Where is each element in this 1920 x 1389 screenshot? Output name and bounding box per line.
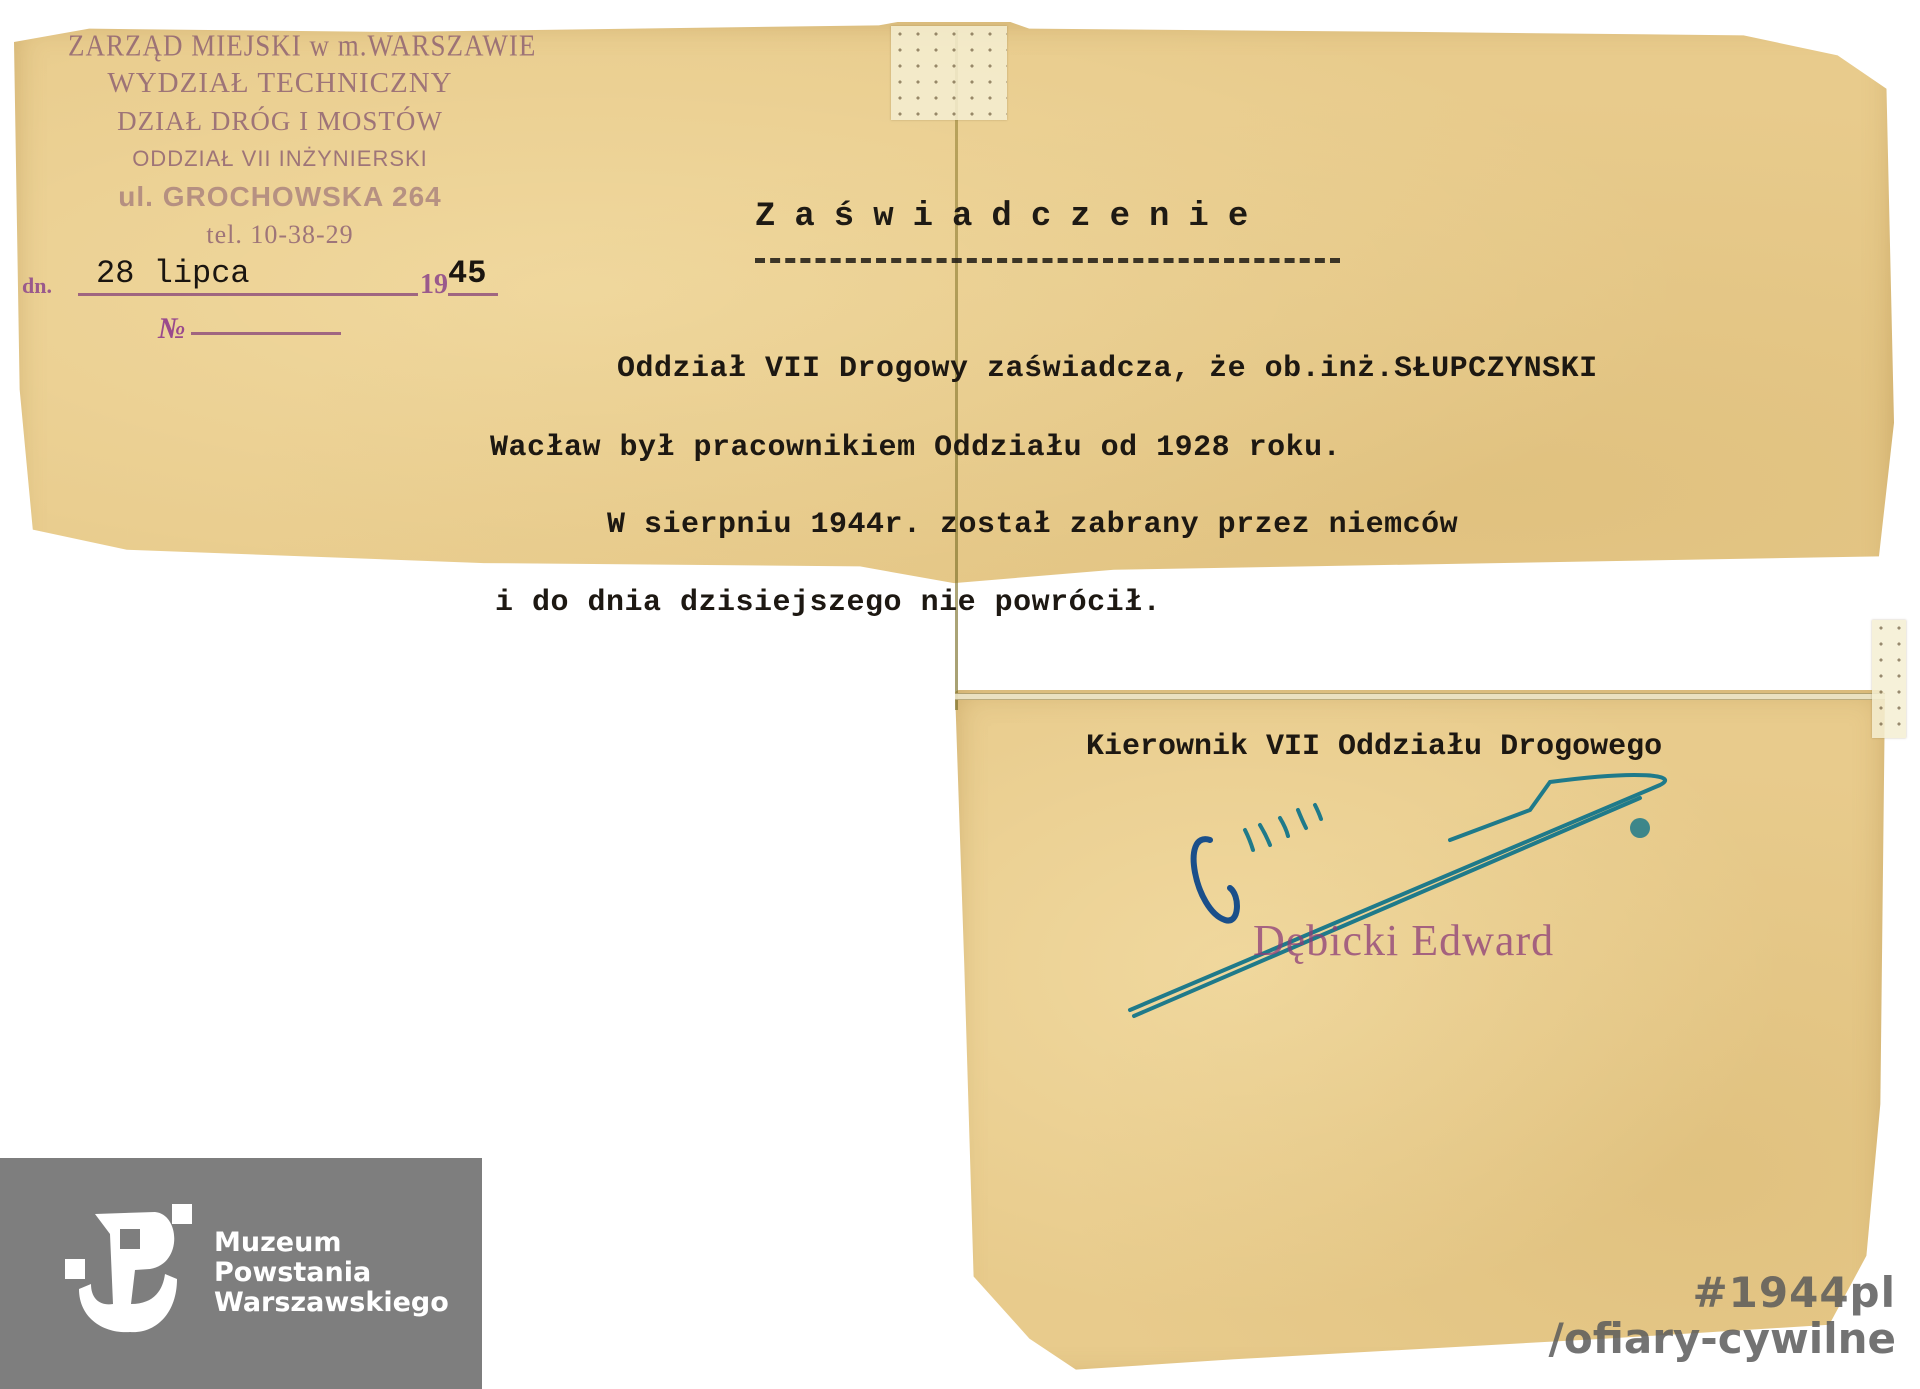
hashtag-path: /ofiary-cywilne: [1549, 1316, 1896, 1362]
museum-name-line-3: Warszawskiego: [214, 1288, 449, 1318]
stamp-line-6: tel. 10-38-29: [40, 216, 520, 254]
stamp-line-5: ul. GROCHOWSKA 264: [40, 178, 520, 216]
museum-name-line-1: Muzeum: [214, 1228, 449, 1258]
horizontal-fold-line: [955, 693, 1885, 700]
adhesive-tape-right: [1872, 620, 1906, 738]
body-line-3: W sierpniu 1944r. został zabrany przez n…: [607, 508, 1458, 542]
stamped-signatory-name: Dębicki Edward: [1253, 915, 1554, 966]
museum-name: Muzeum Powstania Warszawskiego: [214, 1228, 449, 1318]
stamp-line-4: ODDZIAŁ VII INŻYNIERSKI: [40, 140, 520, 178]
ink-blot-icon: [1630, 818, 1650, 838]
stamp-line-1: ZARZĄD MIEJSKI w m. WARSZAWIE: [40, 23, 520, 67]
museum-name-line-2: Powstania: [214, 1258, 449, 1288]
stamp-city-office: ZARZĄD MIEJSKI w m.: [68, 23, 368, 67]
handwritten-signature-icon: [1120, 770, 1680, 1030]
document-number-field: №: [158, 312, 341, 346]
date-field: dn. 28 lipca 19 45: [22, 255, 512, 299]
hashtag-watermark: #1944pl /ofiary-cywilne: [1549, 1270, 1896, 1362]
body-line-1: Oddział VII Drogowy zaświadcza, że ob.in…: [617, 352, 1598, 386]
stamp-line-2: WYDZIAŁ TECHNICZNY: [40, 64, 520, 102]
document-title: Zaświadczenie: [755, 198, 1267, 236]
date-year-suffix: 45: [448, 255, 486, 292]
adhesive-tape-top: [891, 26, 1007, 120]
number-sign: №: [158, 312, 185, 345]
body-line-4: i do dnia dzisiejszego nie powrócił.: [495, 586, 1161, 620]
number-underline: [191, 332, 341, 335]
office-stamp: ZARZĄD MIEJSKI w m. WARSZAWIE WYDZIAŁ TE…: [40, 26, 520, 254]
title-underline: [755, 258, 1340, 263]
signatory-title: Kierownik VII Oddziału Drogowego: [1086, 730, 1662, 764]
kotwica-logo-icon: [65, 1204, 195, 1339]
date-year-prefix: 19: [420, 269, 448, 301]
hashtag-text: #1944pl: [1549, 1270, 1896, 1316]
year-underline: [448, 293, 498, 296]
stamp-line-3: DZIAŁ DRÓG I MOSTÓW: [40, 102, 520, 140]
stamp-city: WARSZAWIE: [368, 23, 537, 67]
date-underline: [78, 293, 418, 296]
date-prefix: dn.: [22, 273, 52, 299]
body-line-2: Wacław był pracownikiem Oddziału od 1928…: [490, 431, 1341, 465]
date-day-month: 28 lipca: [96, 255, 250, 292]
museum-watermark-box: Muzeum Powstania Warszawskiego: [0, 1158, 482, 1389]
